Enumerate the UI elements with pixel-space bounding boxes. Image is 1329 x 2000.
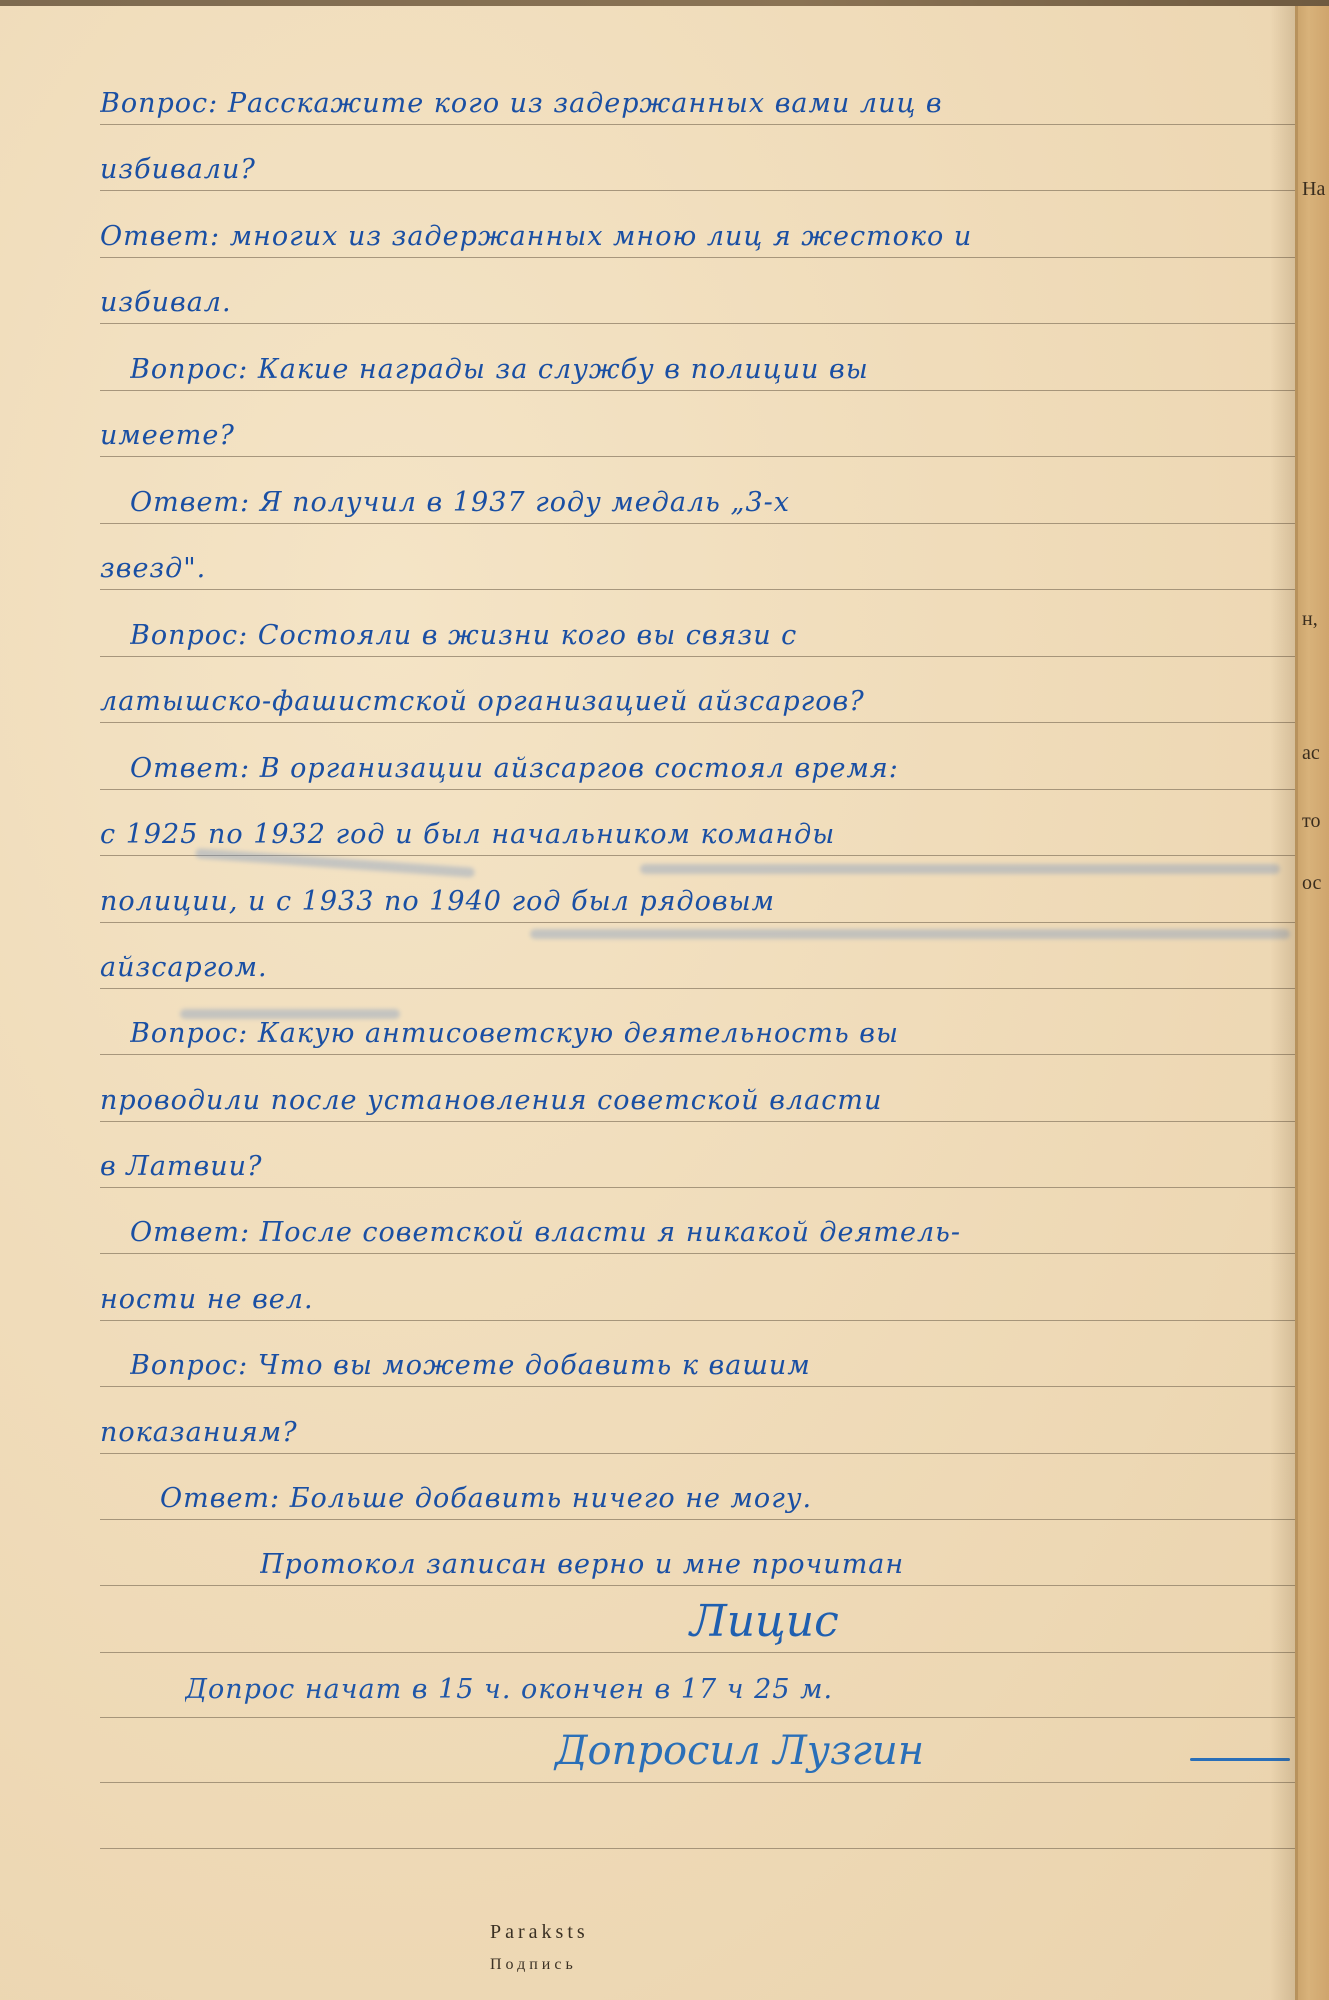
ruled-line — [100, 922, 1295, 923]
handwritten-line: полиции, и с 1933 по 1940 год был рядовы… — [100, 886, 1295, 917]
handwritten-line: проводили после установления советской в… — [100, 1085, 1295, 1116]
handwritten-line-question: Вопрос: Какие награды за службу в полици… — [130, 354, 1325, 385]
handwritten-line: ности не вел. — [100, 1284, 1295, 1315]
ruled-line — [100, 390, 1295, 391]
handwritten-line-answer: Ответ: Больше добавить ничего не могу. — [160, 1483, 1329, 1514]
handwritten-line: латышско-фашистской организацией айзсарг… — [100, 686, 1295, 717]
ruled-line — [100, 1253, 1295, 1254]
ruled-line — [100, 589, 1295, 590]
handwritten-line-answer: Ответ: После советской власти я никакой … — [130, 1217, 1325, 1248]
ruled-line — [100, 656, 1295, 657]
page-fold-shadow — [1270, 6, 1298, 2000]
adjacent-page-text: то — [1302, 810, 1320, 833]
ruled-line — [100, 124, 1295, 125]
ruled-line — [100, 257, 1295, 258]
ruled-line — [100, 1585, 1295, 1586]
interrogator-signature: Допросил Лузгин — [555, 1728, 924, 1774]
handwritten-line-answer: Ответ: В организации айзсаргов состоял в… — [130, 753, 1325, 784]
handwritten-line-question: Вопрос: Состояли в жизни кого вы связи с — [130, 620, 1325, 651]
ruled-line — [100, 789, 1295, 790]
interrogation-time-line: Допрос начат в 15 ч. окончен в 17 ч 25 м… — [185, 1674, 1329, 1705]
footer-label-latvian: Paraksts — [490, 1921, 589, 1944]
accused-signature: Лицис — [690, 1596, 839, 1647]
ink-smear — [640, 864, 1280, 874]
handwritten-line-answer: Ответ: Я получил в 1937 году медаль „3-х — [130, 487, 1325, 518]
ruled-line — [100, 988, 1295, 989]
handwritten-line-question: Вопрос: Какую антисоветскую деятельность… — [130, 1018, 1325, 1049]
handwritten-line-question: Вопрос: Расскажите кого из задержанных в… — [100, 88, 1295, 119]
handwritten-line-answer: Ответ: многих из задержанных мною лиц я … — [100, 221, 1295, 252]
document-page: Вопрос: Расскажите кого из задержанных в… — [0, 6, 1295, 2000]
adjacent-page-text: На — [1302, 178, 1325, 201]
handwritten-line: имеете? — [100, 420, 1295, 451]
adjacent-page-text: ос — [1302, 872, 1321, 895]
handwritten-line: звезд". — [100, 553, 1295, 584]
ruled-line — [100, 1717, 1295, 1718]
ruled-line — [100, 323, 1295, 324]
handwritten-line: с 1925 по 1932 год и был начальником ком… — [100, 819, 1295, 850]
ruled-line — [100, 523, 1295, 524]
handwritten-line: показаниям? — [100, 1417, 1295, 1448]
handwritten-line: в Латвии? — [100, 1151, 1295, 1182]
ruled-line — [100, 1848, 1295, 1849]
ruled-line — [100, 1121, 1295, 1122]
handwritten-line: избивали? — [100, 154, 1295, 185]
handwritten-line-question: Вопрос: Что вы можете добавить к вашим — [130, 1350, 1325, 1381]
ink-smear — [195, 848, 475, 878]
ruled-line — [100, 1386, 1295, 1387]
bleed-through-signature: ​ — [776, 1856, 785, 1918]
ruled-line — [100, 190, 1295, 191]
ink-smear — [530, 929, 1290, 939]
ruled-line — [100, 1320, 1295, 1321]
handwritten-line: избивал. — [100, 287, 1295, 318]
ruled-line — [100, 1519, 1295, 1520]
ruled-line — [100, 1652, 1295, 1653]
ruled-line — [100, 1453, 1295, 1454]
ruled-line — [100, 456, 1295, 457]
ruled-line — [100, 1782, 1295, 1783]
ruled-line — [100, 722, 1295, 723]
ruled-line — [100, 1054, 1295, 1055]
ruled-line — [100, 1187, 1295, 1188]
footer-label-russian: Подпись — [490, 1956, 577, 1974]
handwritten-line: айзсаргом. — [100, 952, 1295, 983]
handwritten-line-certification: Протокол записан верно и мне прочитан — [260, 1549, 1329, 1580]
